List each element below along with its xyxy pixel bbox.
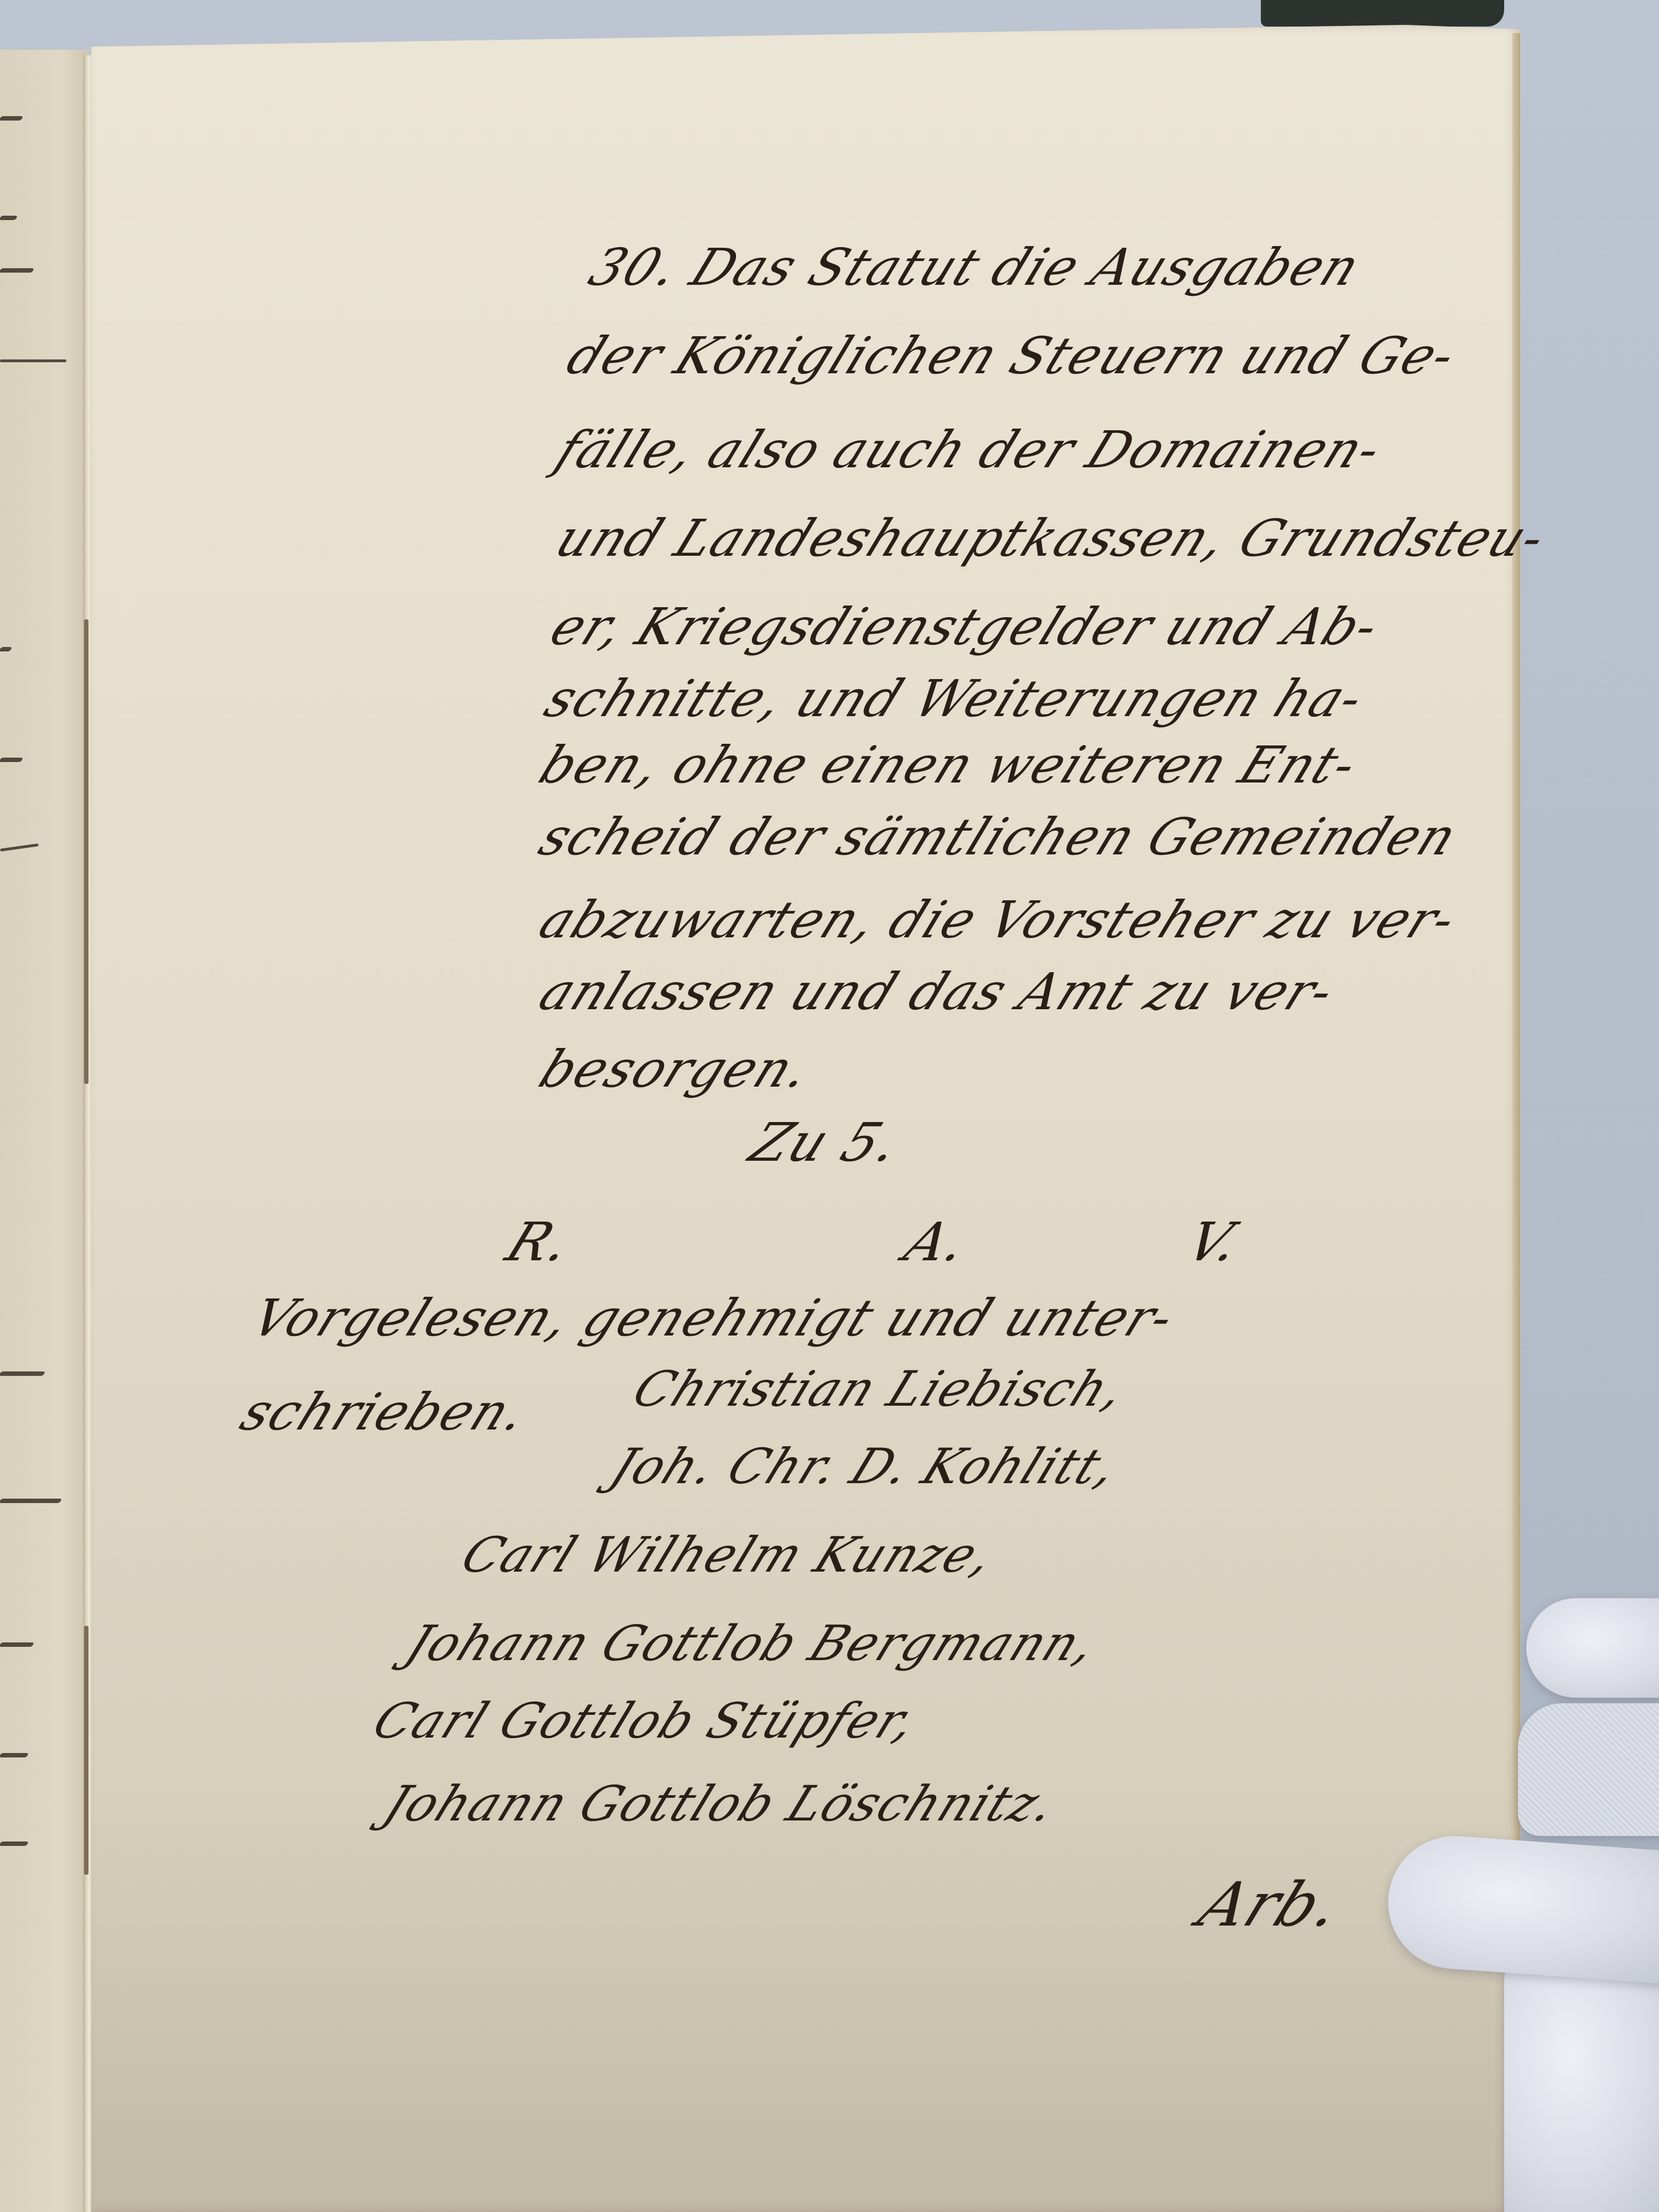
handwritten-line: fälle, also auch der Domainen- <box>547 420 1391 479</box>
handwritten-line: abzuwarten, die Vorsteher zu ver- <box>531 890 1466 950</box>
signature: Johann Gottlob Bergmann, <box>398 1615 1106 1672</box>
signature: Christian Liebisch, <box>625 1360 1135 1417</box>
photo-scene: 30. Das Statut die Ausgaben der Königlic… <box>0 0 1659 2212</box>
left-page-text-fragment <box>0 116 23 121</box>
left-page-text-fragment <box>0 1371 45 1376</box>
left-page-text-fragment <box>0 1753 29 1757</box>
left-page-text-fragment <box>0 216 18 220</box>
glove-fabric <box>1518 1703 1659 1836</box>
left-page-text-fragment <box>0 843 39 852</box>
glove-finger <box>1526 1598 1659 1698</box>
signature: Joh. Chr. D. Kohlitt, <box>603 1438 1127 1495</box>
left-page-text-fragment <box>0 1841 29 1846</box>
handwritten-line: anlassen und das Amt zu ver- <box>531 962 1344 1021</box>
left-page-text-fragment <box>0 1499 62 1503</box>
closing-line: schrieben. <box>232 1383 537 1442</box>
signature: Carl Wilhelm Kunze, <box>453 1526 1004 1583</box>
attestation-mark: Arb. <box>1189 1869 1353 1940</box>
binding-stitch <box>84 619 88 1084</box>
glove-thumb <box>1384 1832 1659 1984</box>
handwritten-line: ben, ohne einen weiteren Ent- <box>531 735 1366 795</box>
signature: Johann Gottlob Löschnitz. <box>376 1775 1066 1832</box>
handwritten-line: scheid der sämtlichen Gemeinden <box>531 807 1467 867</box>
left-page-text-fragment <box>0 1642 34 1647</box>
left-page-text-fragment <box>0 268 34 273</box>
glove-palm <box>1504 1947 1659 2212</box>
handwritten-line: der Königlichen Steuern und Ge- <box>559 326 1465 385</box>
left-page-text-fragment <box>0 647 12 651</box>
binding-stitch <box>84 1626 88 1875</box>
handwritten-line: er, Kriegsdienstgelder und Ab- <box>542 597 1389 656</box>
left-page-text-fragment <box>0 758 23 762</box>
left-page-text-fragment <box>0 359 66 362</box>
handwritten-line: 30. Das Statut die Ausgaben <box>581 238 1369 297</box>
signature: Carl Gottlob Stüpfer, <box>365 1692 926 1749</box>
left-page <box>0 50 88 2212</box>
closing-line: Vorgelesen, genehmigt und unter- <box>243 1288 1184 1348</box>
handwritten-line: besorgen. <box>531 1040 820 1099</box>
handwritten-line: schnitte, und Weiterungen ha- <box>536 669 1373 728</box>
handwritten-line: und Landeshauptkassen, Grundsteu- <box>547 509 1555 568</box>
book-cover <box>1261 0 1504 27</box>
section-mark: Zu 5. <box>741 1112 910 1173</box>
